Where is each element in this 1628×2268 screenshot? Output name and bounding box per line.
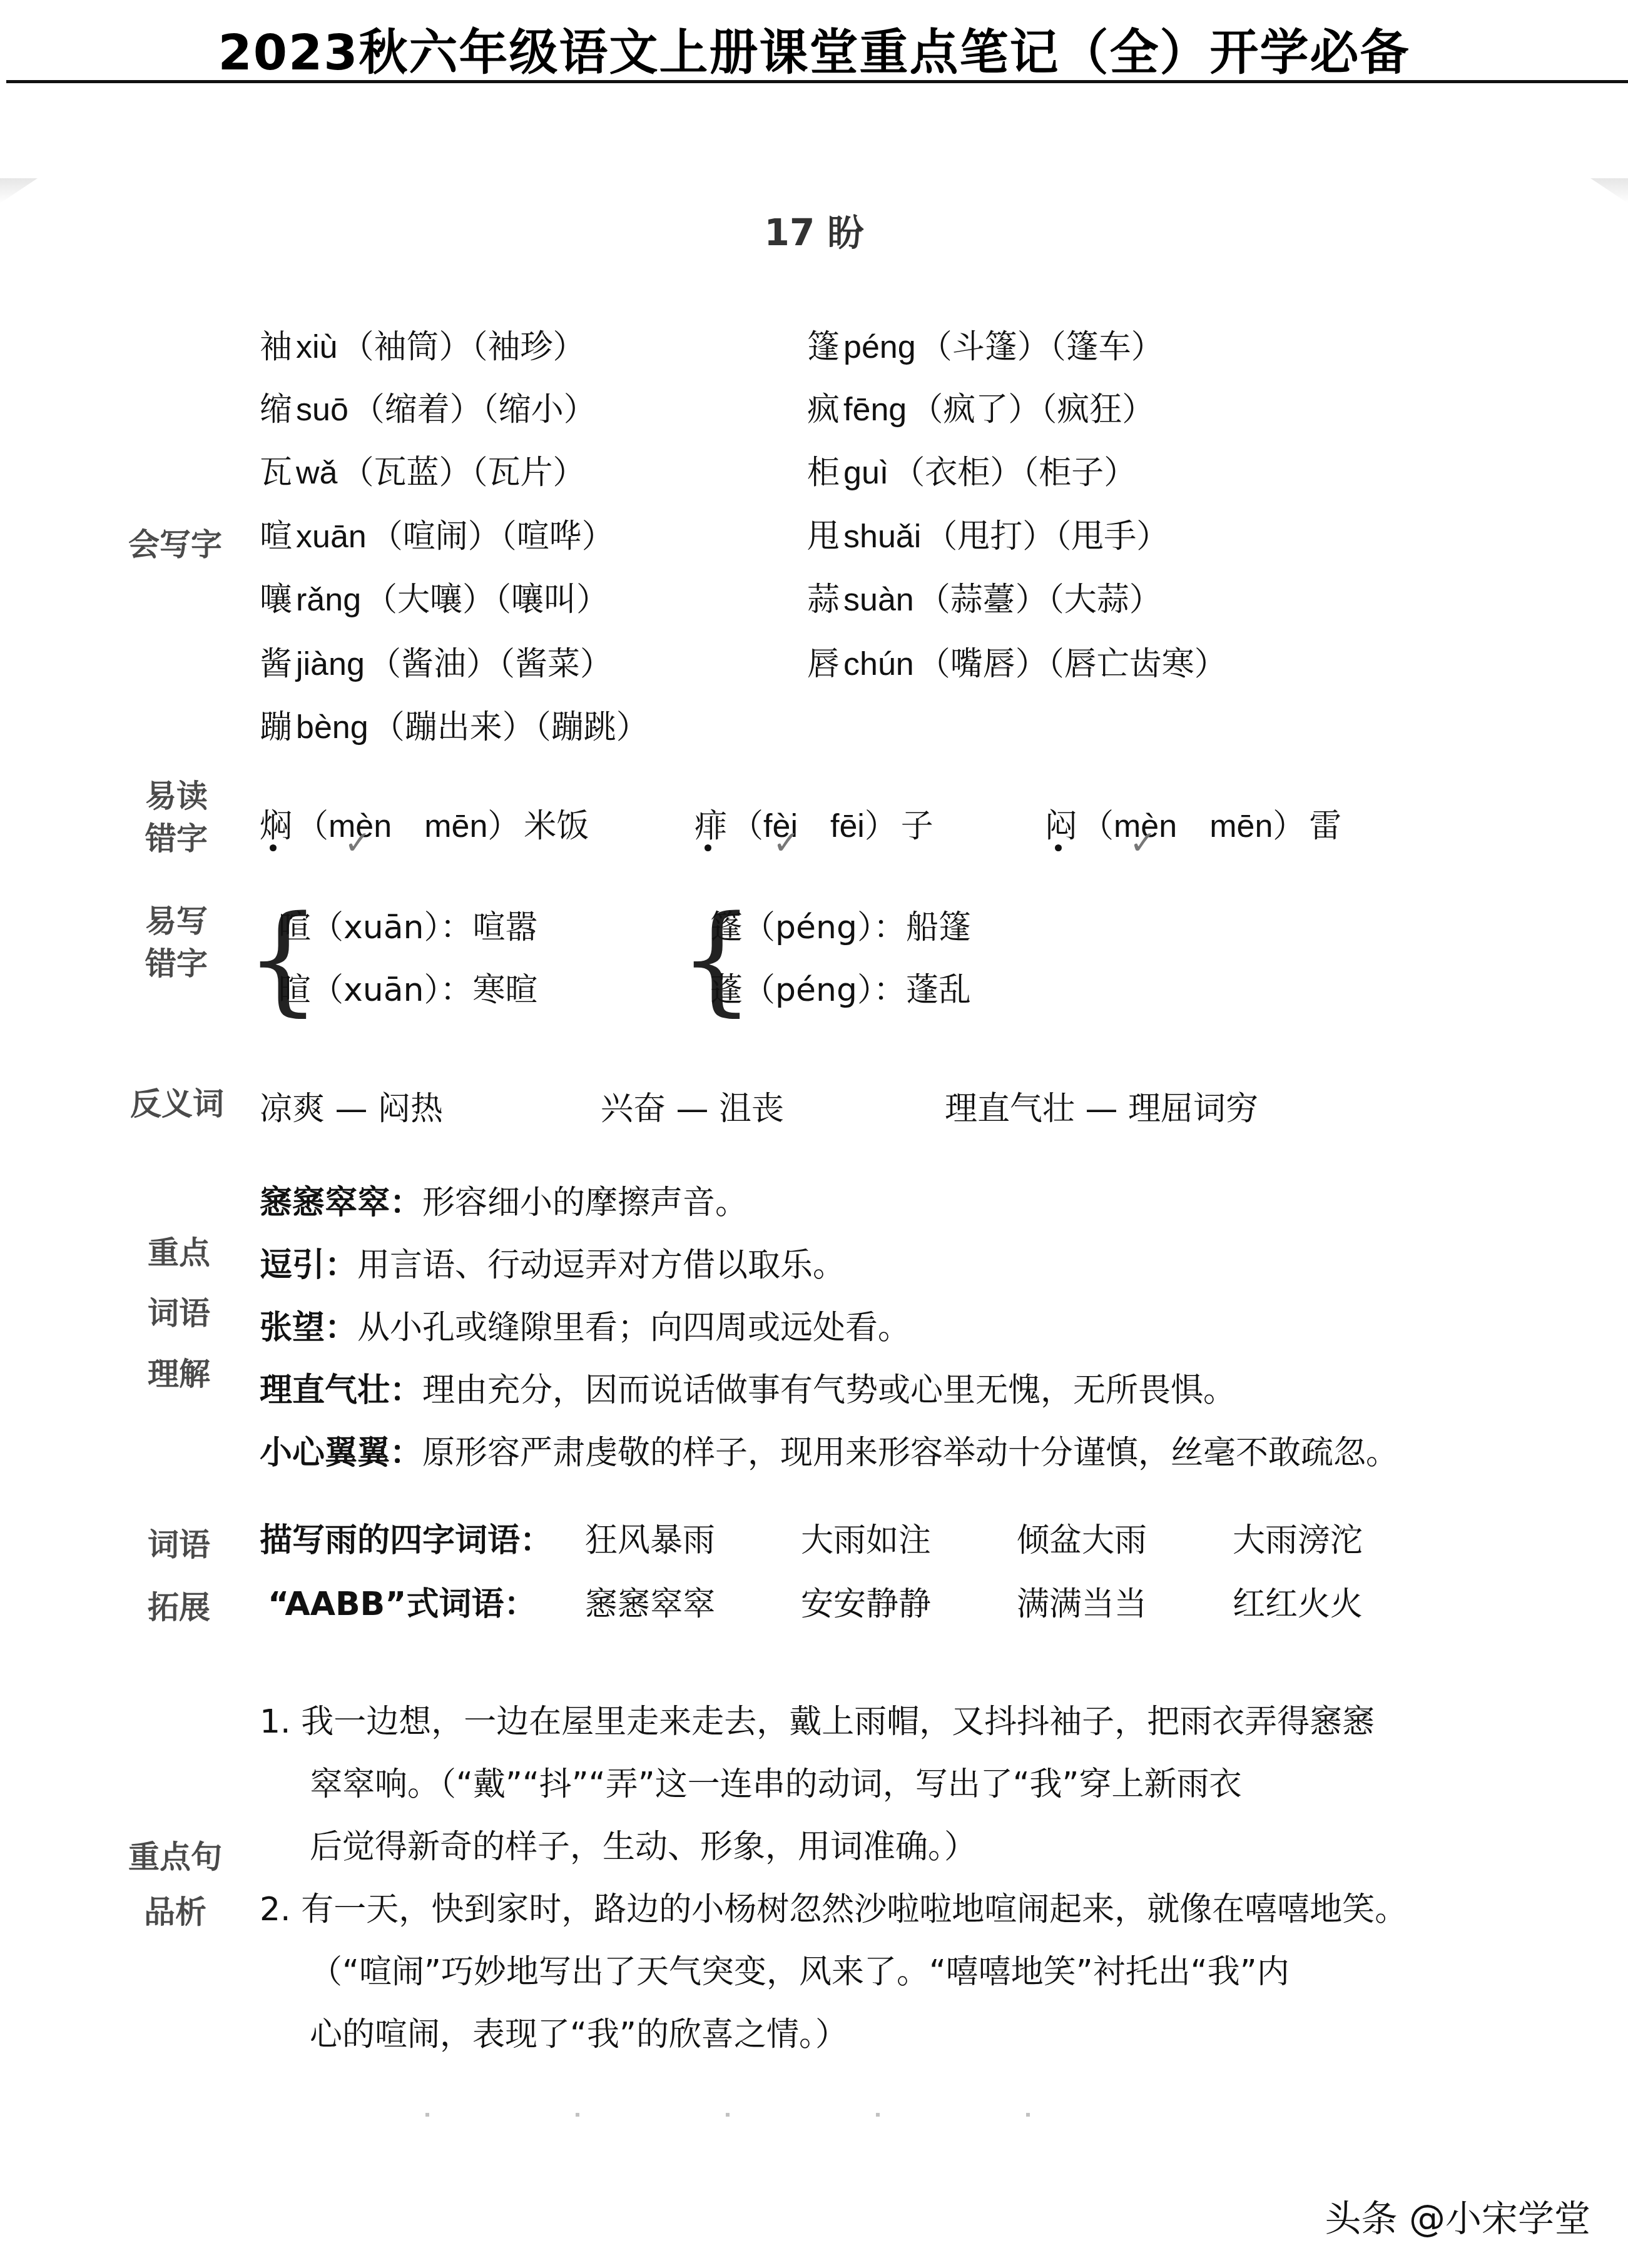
cropped-text-remnant xyxy=(350,2113,1101,2117)
char: 疯 xyxy=(807,391,840,428)
document-title: 2023秋六年级语文上册课堂重点笔记（全）开学必备 xyxy=(0,14,1628,84)
example-words: （甩打）（甩手） xyxy=(925,518,1169,555)
example-words: （喧闹）（喧哗） xyxy=(370,518,614,555)
char: 闷 xyxy=(1045,807,1077,845)
sentence-line: 心的喧闹，表现了“我”的欣喜之情。） xyxy=(310,2008,848,2055)
pinyin: chún xyxy=(843,646,914,682)
antonym-pair: 凉爽 — 闷热 xyxy=(260,1082,443,1129)
expansion-word: 大雨滂沱 xyxy=(1233,1514,1363,1561)
title-divider xyxy=(6,80,1628,83)
key-word-entry: 逗引：用言语、行动逗弄对方借以取乐。 xyxy=(260,1238,845,1285)
sentence-line: （“喧闹”巧妙地写出了天气突变，风来了。“嘻嘻地笑”衬托出“我”内 xyxy=(310,1945,1290,1992)
write-char-item: 袖xiù（袖筒）（袖珍） xyxy=(260,320,586,367)
sentence-line: 2. 有一天，快到家时，路边的小杨树忽然沙啦啦地喧闹起来，就像在嘻嘻地笑。 xyxy=(260,1883,1407,1930)
lesson-title: 17 盼 xyxy=(0,203,1628,256)
watermark: 头条 @小宋学堂 xyxy=(1325,2189,1590,2242)
example-words: （疯了）（疯狂） xyxy=(910,391,1154,428)
label-line: 品析 xyxy=(128,1885,222,1940)
write-char-item: 蹦bèng（蹦出来）（蹦跳） xyxy=(260,701,649,747)
term: 理直气壮： xyxy=(260,1372,422,1409)
expansion-word: 满满当当 xyxy=(1017,1577,1147,1624)
example-words: （缩着）（缩小） xyxy=(352,391,596,428)
expansion-word: 红红火火 xyxy=(1233,1577,1363,1624)
page-corner-shadow-right xyxy=(1590,178,1628,203)
key-word-entry: 张望：从小孔或缝隙里看；向四周或远处看。 xyxy=(260,1301,910,1348)
check-icon: ✓ xyxy=(344,824,372,862)
antonym-pair: 兴奋 — 沮丧 xyxy=(601,1082,784,1129)
section-label-antonyms: 反义词 xyxy=(130,1083,224,1126)
label-line: 错字 xyxy=(145,818,208,861)
section-label-miswrite: 易写 错字 xyxy=(145,901,208,985)
example-words: （斗篷）（篷车） xyxy=(920,328,1164,366)
section-label-key-words: 重点 词语 理解 xyxy=(148,1223,210,1405)
char: 缩 xyxy=(260,391,292,428)
write-char-item: 蒜suàn（蒜薹）（大蒜） xyxy=(807,573,1162,620)
expansion-word: 安安静静 xyxy=(801,1577,931,1624)
miswrite-item: 蓬（péng）：蓬乱 xyxy=(710,963,971,1010)
pinyin: jiàng xyxy=(296,646,365,682)
example-words: （嘴唇）（唇亡齿寒） xyxy=(918,645,1227,683)
pinyin: péng xyxy=(843,329,916,365)
definition: 原形容严肃虔敬的样子，现用来形容举动十分谨慎，丝毫不敢疏忽。 xyxy=(422,1434,1398,1472)
char: 袖 xyxy=(260,328,292,366)
key-word-entry: 窸窸窣窣：形容细小的摩擦声音。 xyxy=(260,1176,748,1223)
definition: 形容细小的摩擦声音。 xyxy=(422,1184,748,1222)
misread-item: 焖（mèn mēn）米饭 ✓ xyxy=(260,799,589,846)
expansion-heading: “AABB”式词语： xyxy=(268,1586,536,1623)
write-char-item: 疯fēng（疯了）（疯狂） xyxy=(807,383,1154,430)
label-line: 易读 xyxy=(145,776,208,818)
write-char-item: 喧xuān（喧闹）（喧哗） xyxy=(260,510,614,557)
pinyin-options: （mèn mēn） xyxy=(296,808,520,844)
word-suffix: 子 xyxy=(901,807,934,845)
char: 瓦 xyxy=(260,454,292,492)
example-words: （瓦蓝）（瓦片） xyxy=(342,454,586,492)
pinyin: bèng xyxy=(296,709,369,746)
word-suffix: 雷 xyxy=(1309,807,1341,845)
check-icon: ✓ xyxy=(773,824,800,862)
key-word-entry: 理直气壮：理由充分，因而说话做事有气势或心里无愧，无所畏惧。 xyxy=(260,1364,1236,1410)
miswrite-item: 暄（xuān）：寒暄 xyxy=(278,963,538,1010)
pinyin-options: （fèi fēi） xyxy=(731,808,897,844)
misread-item: 闷（mèn mēn）雷 ✓ xyxy=(1045,799,1341,846)
miswrite-item: 喧（xuān）：喧嚣 xyxy=(278,901,538,948)
write-char-item: 篷péng（斗篷）（篷车） xyxy=(807,320,1164,367)
char: 痱 xyxy=(694,807,727,845)
write-char-item: 唇chún（嘴唇）（唇亡齿寒） xyxy=(807,637,1227,684)
char: 蒜 xyxy=(807,581,840,619)
emphasis-dot xyxy=(270,844,277,851)
pinyin: suō xyxy=(296,392,348,428)
char: 蹦 xyxy=(260,709,292,746)
expansion-row: 描写雨的四字词语： xyxy=(260,1514,552,1561)
section-label-misread: 易读 错字 xyxy=(145,776,208,860)
expansion-row: “AABB”式词语： xyxy=(268,1577,536,1624)
char: 酱 xyxy=(260,645,292,683)
write-char-item: 甩shuǎi（甩打）（甩手） xyxy=(807,510,1169,557)
term: 逗引： xyxy=(260,1247,357,1284)
char: 篷 xyxy=(807,328,840,366)
section-label-key-sentences: 重点句 品析 xyxy=(128,1830,222,1940)
write-char-item: 柜guì（衣柜）（柜子） xyxy=(807,446,1136,493)
sentence-line: 后觉得新奇的样子，生动、形象，用词准确。） xyxy=(310,1820,977,1867)
label-line: 易写 xyxy=(145,901,208,943)
expansion-heading: 描写雨的四字词语： xyxy=(260,1522,552,1559)
antonym-pair: 理直气壮 — 理屈词穷 xyxy=(945,1082,1258,1129)
char: 唇 xyxy=(807,645,840,683)
example-words: （衣柜）（柜子） xyxy=(892,454,1136,492)
label-line: 拓展 xyxy=(148,1576,210,1639)
example-words: （蒜薹）（大蒜） xyxy=(918,581,1162,619)
definition: 用言语、行动逗弄对方借以取乐。 xyxy=(357,1247,845,1284)
example-words: （酱油）（酱菜） xyxy=(369,645,613,683)
char: 嚷 xyxy=(260,581,292,619)
expansion-word: 窸窸窣窣 xyxy=(585,1577,715,1624)
char: 喧 xyxy=(260,518,292,555)
key-word-entry: 小心翼翼：原形容严肃虔敬的样子，现用来形容举动十分谨慎，丝毫不敢疏忽。 xyxy=(260,1426,1398,1473)
term: 张望： xyxy=(260,1309,357,1347)
write-char-item: 缩suō（缩着）（缩小） xyxy=(260,383,596,430)
write-char-item: 瓦wǎ（瓦蓝）（瓦片） xyxy=(260,446,586,493)
example-words: （蹦出来）（蹦跳） xyxy=(372,709,649,746)
expansion-word: 倾盆大雨 xyxy=(1017,1514,1147,1561)
emphasis-dot xyxy=(1055,844,1062,851)
sentence-line: 窣窣响。（“戴”“抖”“弄”这一连串的动词，写出了“我”穿上新雨衣 xyxy=(310,1758,1242,1805)
label-line: 词语 xyxy=(148,1514,210,1576)
section-label-write-chars: 会写字 xyxy=(128,524,222,567)
pinyin-options: （mèn mēn） xyxy=(1081,808,1305,844)
char: 焖 xyxy=(260,807,292,845)
expansion-word: 大雨如注 xyxy=(801,1514,931,1561)
char: 柜 xyxy=(807,454,840,492)
word-suffix: 米饭 xyxy=(524,807,589,845)
example-words: （袖筒）（袖珍） xyxy=(342,328,586,366)
misread-item: 痱（fèi fēi）子 ✓ xyxy=(694,799,934,846)
pinyin: shuǎi xyxy=(843,519,921,555)
label-line: 词语 xyxy=(148,1283,210,1344)
page-corner-shadow-left xyxy=(0,178,38,203)
write-char-item: 酱jiàng（酱油）（酱菜） xyxy=(260,637,613,684)
pinyin: guì xyxy=(843,455,888,491)
example-words: （大嚷）（嚷叫） xyxy=(365,581,609,619)
label-line: 理解 xyxy=(148,1344,210,1405)
char: 甩 xyxy=(807,518,840,555)
label-line: 重点 xyxy=(148,1223,210,1283)
term: 小心翼翼： xyxy=(260,1434,422,1472)
pinyin: wǎ xyxy=(296,455,337,491)
pinyin: xuān xyxy=(296,519,367,555)
pinyin: fēng xyxy=(843,392,907,428)
label-line: 错字 xyxy=(145,943,208,986)
pinyin: rǎng xyxy=(296,582,361,618)
pinyin: suàn xyxy=(843,582,914,618)
sentence-line: 1. 我一边想，一边在屋里走来走去，戴上雨帽，又抖抖袖子，把雨衣弄得窸窸 xyxy=(260,1695,1375,1742)
expansion-word: 狂风暴雨 xyxy=(585,1514,715,1561)
definition: 理由充分，因而说话做事有气势或心里无愧，无所畏惧。 xyxy=(422,1372,1236,1409)
miswrite-item: 篷（péng）：船篷 xyxy=(710,901,971,948)
label-line: 重点句 xyxy=(128,1830,222,1885)
term: 窸窸窣窣： xyxy=(260,1184,422,1222)
definition: 从小孔或缝隙里看；向四周或远处看。 xyxy=(357,1309,910,1347)
emphasis-dot xyxy=(705,844,711,851)
section-label-word-expansion: 词语 拓展 xyxy=(148,1514,210,1639)
pinyin: xiù xyxy=(296,329,337,365)
check-icon: ✓ xyxy=(1129,824,1157,862)
write-char-item: 嚷rǎng（大嚷）（嚷叫） xyxy=(260,573,609,620)
